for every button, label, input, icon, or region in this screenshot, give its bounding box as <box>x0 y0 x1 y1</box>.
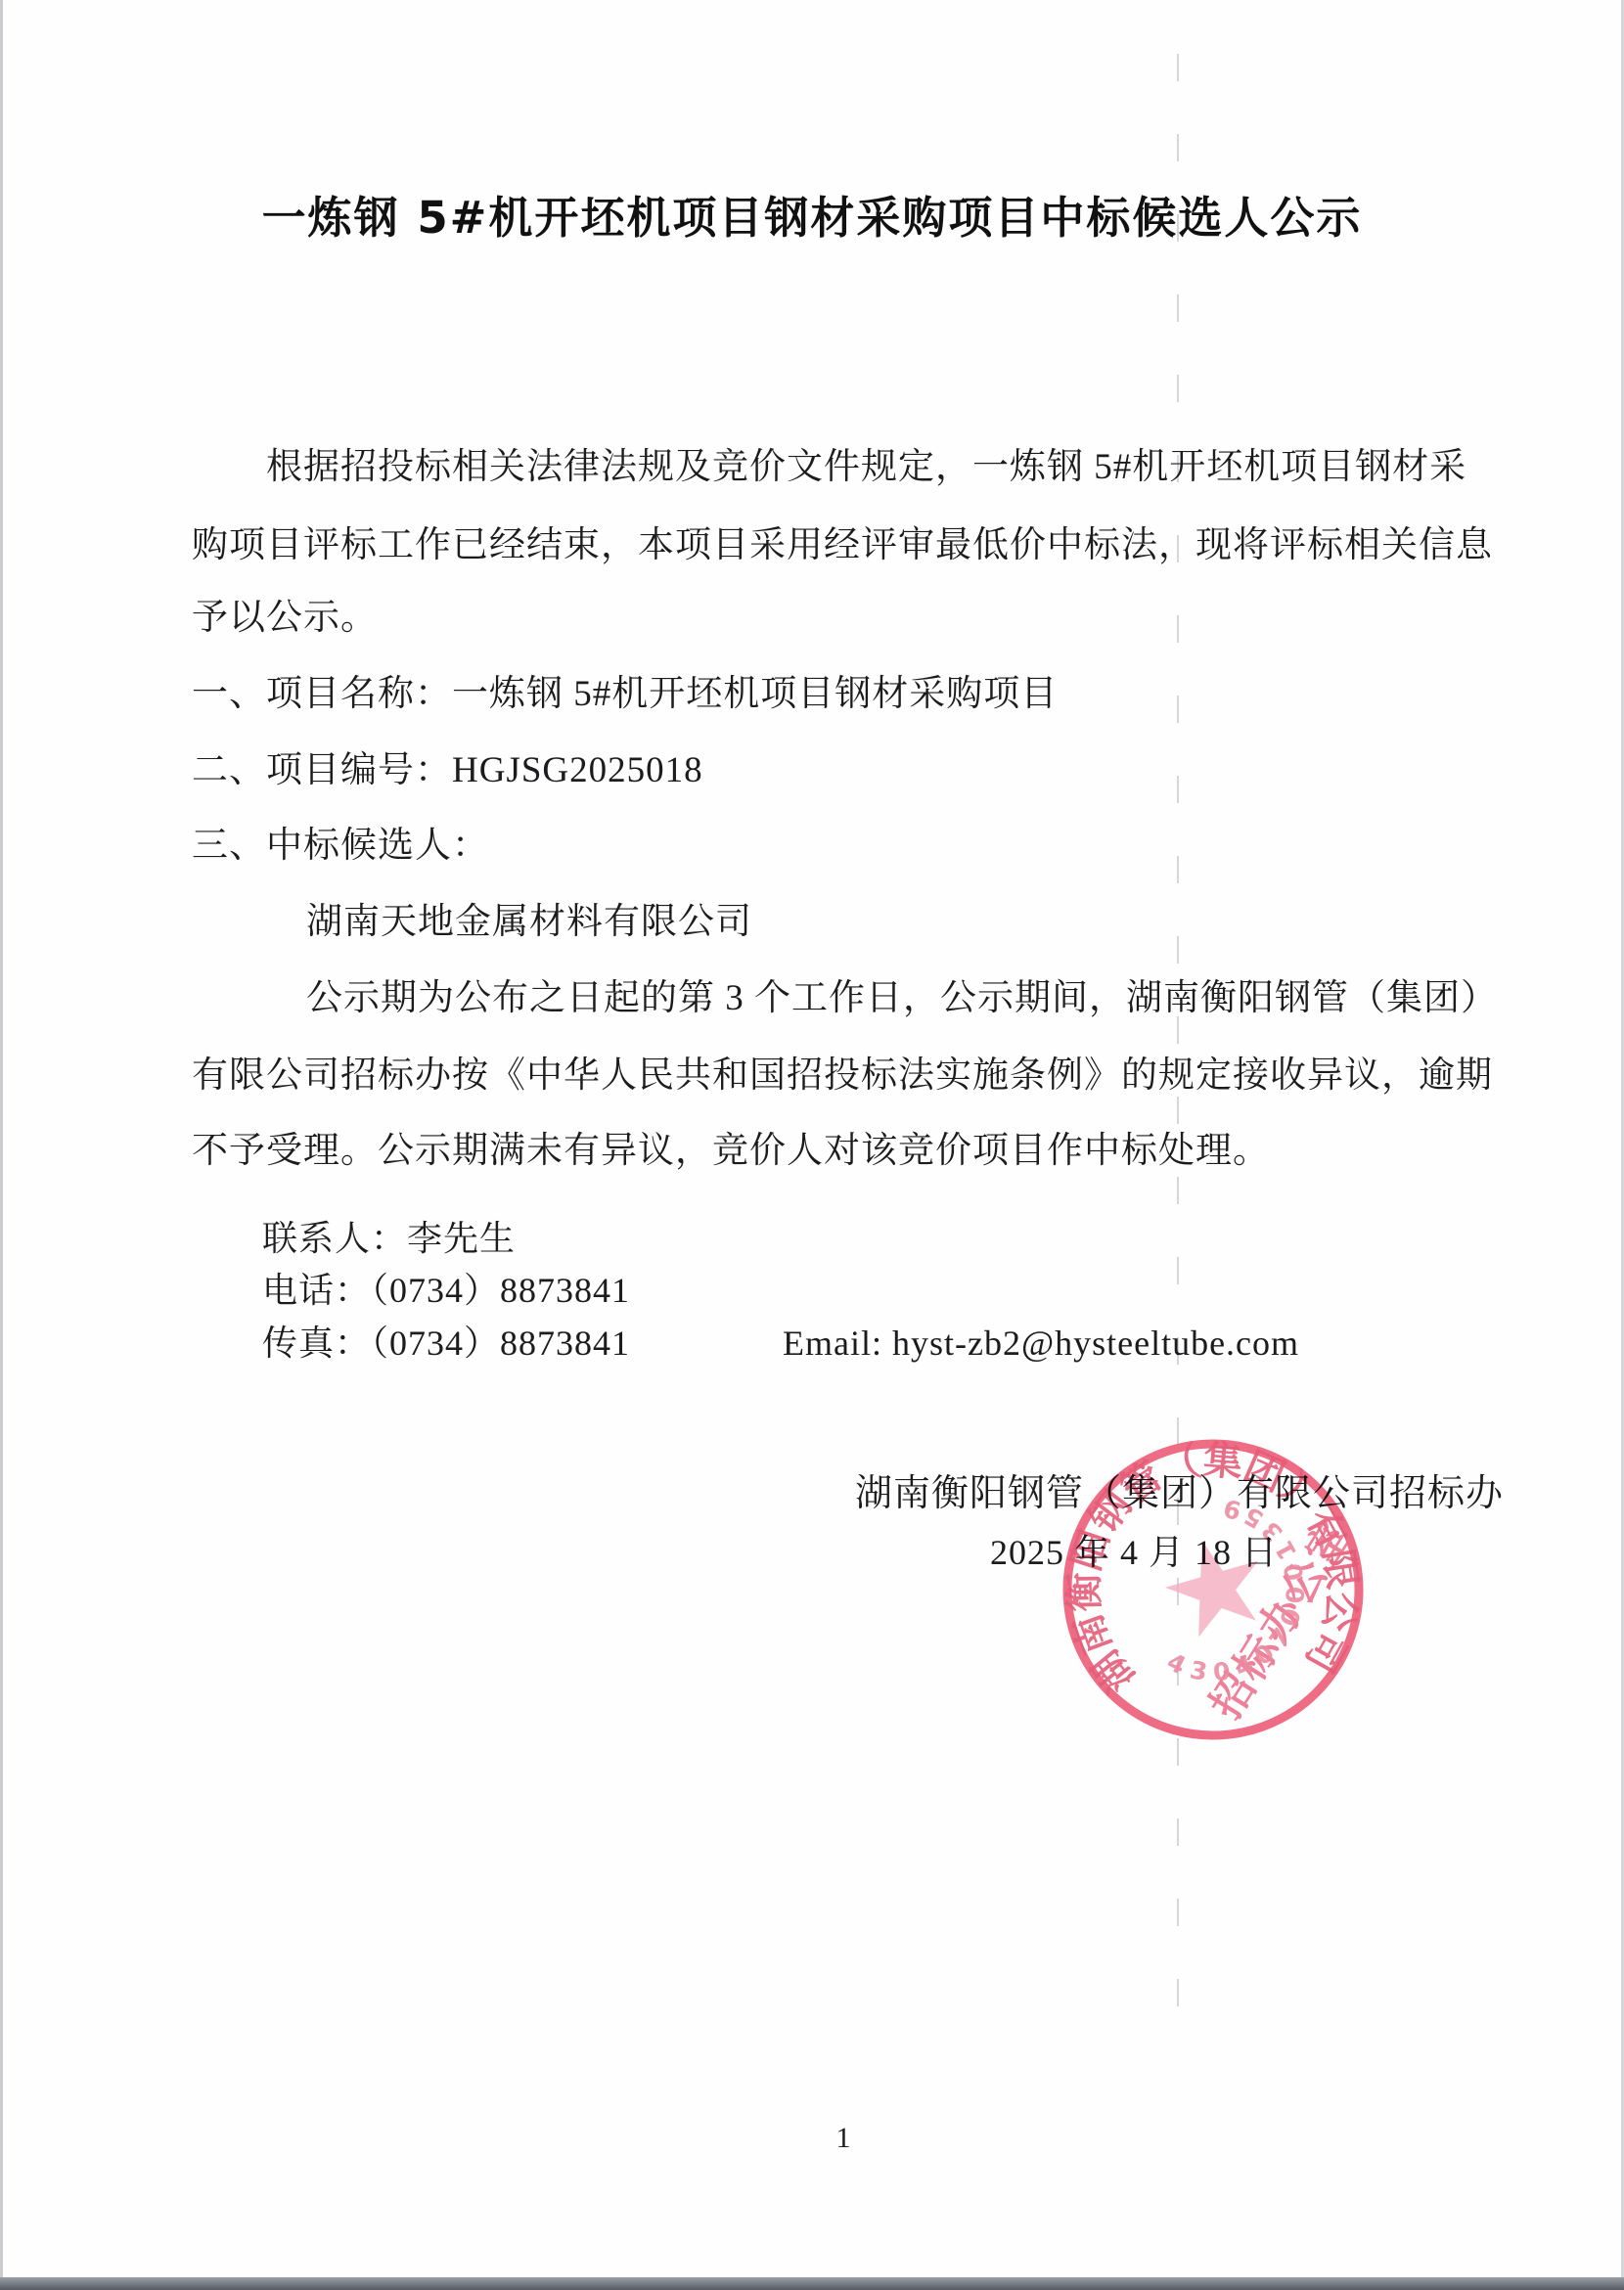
contact-fax: 传真：（0734）8873841 <box>262 1323 630 1365</box>
paragraph-line: 公示期为公布之日起的第 3 个工作日，公示期间，湖南衡阳钢管（集团） <box>306 977 1498 1020</box>
list-item-project-number: 二、项目编号：HGJSG2025018 <box>192 749 703 792</box>
list-item-candidates-label: 三、中标候选人： <box>192 825 489 868</box>
signature-date: 2025 年 4 月 18 日 <box>990 1532 1278 1574</box>
page-number: 1 <box>822 2121 865 2156</box>
list-item-project-name: 一、项目名称：一炼钢 5#机开坯机项目钢材采购项目 <box>192 673 1058 716</box>
page-edge-left <box>0 0 3 2290</box>
contact-email: Email: hyst-zb2@hysteeltube.com <box>783 1323 1299 1365</box>
paragraph-line: 有限公司招标办按《中华人民共和国招投标法实施条例》的规定接收异议，逾期 <box>192 1055 1493 1098</box>
contact-person: 联系人：李先生 <box>262 1218 516 1260</box>
page-edge-bottom <box>0 2277 1624 2290</box>
paragraph-line: 予以公示。 <box>192 597 378 640</box>
paragraph-line: 根据招投标相关法律法规及竞价文件规定，一炼钢 5#机开坯机项目钢材采 <box>266 446 1466 489</box>
winner-company-name: 湖南天地金属材料有限公司 <box>306 901 752 944</box>
paragraph-line: 购项目评标工作已经结束，本项目采用经评审最低价中标法，现将评标相关信息 <box>192 524 1493 567</box>
signature-org: 湖南衡阳钢管（集团）有限公司招标办 <box>855 1472 1504 1517</box>
paragraph-line: 不予受理。公示期满未有异议，竞价人对该竞价项目作中标处理。 <box>192 1130 1270 1173</box>
scanned-page: 一炼钢 5#机开坯机项目钢材采购项目中标候选人公示 根据招投标相关法律法规及竞价… <box>0 0 1624 2290</box>
doc-title: 一炼钢 5#机开坯机项目钢材采购项目中标候选人公示 <box>0 192 1624 245</box>
contact-phone: 电话：（0734）8873841 <box>262 1270 630 1312</box>
